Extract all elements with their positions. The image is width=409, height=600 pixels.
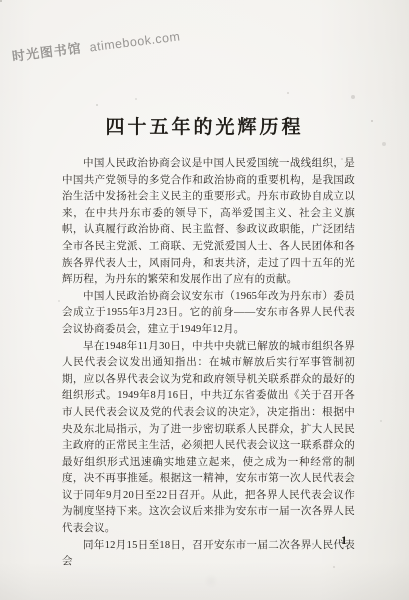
scan-noise-speckles <box>0 0 2 2</box>
chapter-title: 四十五年的光辉历程 <box>0 112 409 139</box>
watermark-domain: atimebook.com <box>89 29 181 54</box>
watermark-site-name: 时光图书馆 <box>11 41 82 64</box>
paragraph-3: 早在1948年11月30日，中共中央就已解放的城市组织各界人民代表会议发出通知指… <box>62 339 355 538</box>
scanned-book-page: 时光图书馆atimebook.com 四十五年的光辉历程 中国人民政治协商会议是… <box>0 0 409 600</box>
page-number: 1 <box>341 533 347 548</box>
paragraph-1: 中国人民政治协商会议是中国人民爱国统一战线组织，是中国共产党领导的多党合作和政治… <box>62 156 355 289</box>
watermark: 时光图书馆atimebook.com <box>11 25 181 64</box>
paragraph-2: 中国人民政治协商会议安东市（1965年改为丹东市）委员会成立于1955年3月23… <box>62 289 355 339</box>
body-text: 中国人民政治协商会议是中国人民爱国统一战线组织，是中国共产党领导的多党合作和政治… <box>62 156 355 571</box>
paragraph-4: 同年12月15日至18日，召开安东市一届二次各界人民代表会 <box>62 538 355 571</box>
